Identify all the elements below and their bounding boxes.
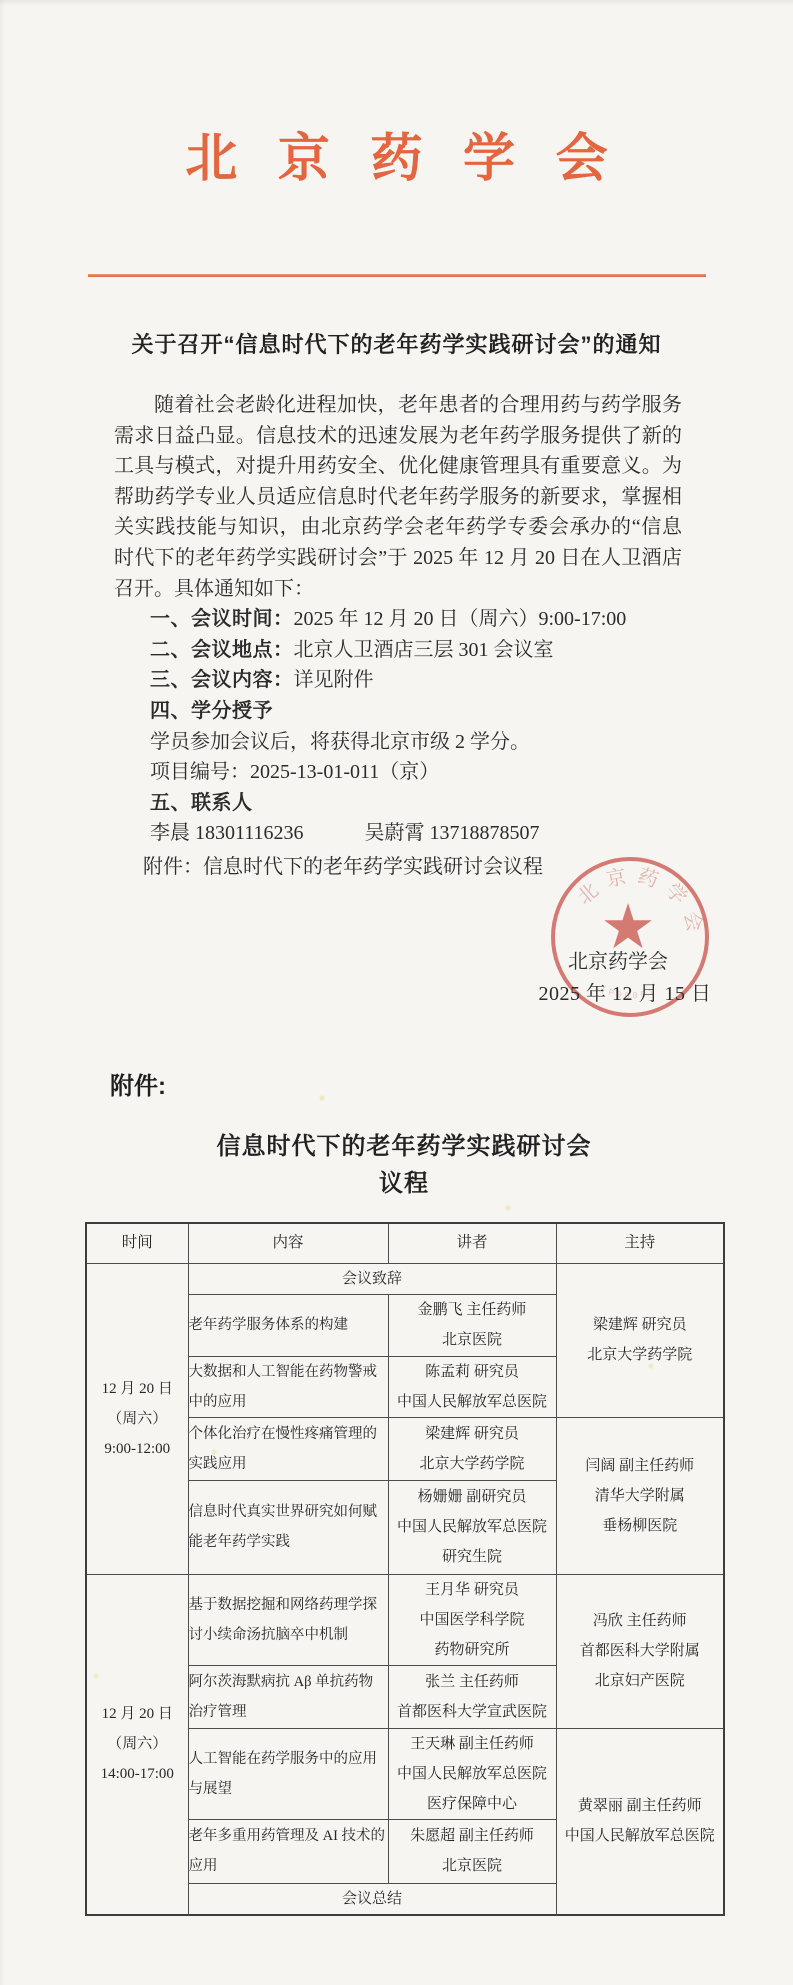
attachment-heading: 附件: (110, 1066, 166, 1101)
talk-2-speaker: 陈孟莉 研究员 中国人民解放军总医院 (388, 1356, 556, 1417)
notice-body: 随着社会老龄化进程加快，老年患者的合理用药与药学服务需求日益凸显。信息技术的迅速… (114, 390, 682, 849)
contact-2-name: 吴蔚霄 (365, 822, 425, 844)
notice-item-content: 三、会议内容：详见附件 (114, 665, 682, 696)
notice-item-time-value: 2025 年 12 月 20 日（周六）9:00-17:00 (294, 608, 627, 630)
talk-1-topic: 老年药学服务体系的构建 (188, 1294, 388, 1356)
notice-item-content-label: 三、会议内容： (150, 669, 294, 691)
talk-8-topic: 老年多重用药管理及 AI 技术的应用 (188, 1819, 388, 1883)
contact-1-name: 李晨 (150, 822, 190, 844)
morning-time-cell: 12 月 20 日 （周六） 9:00-12:00 (86, 1263, 188, 1574)
contact-2-phone: 13718878507 (430, 822, 540, 844)
notice-item-credit-heading: 四、学分授予 (114, 696, 682, 727)
talk-6-speaker: 张兰 主任药师 首都医科大学宣武医院 (388, 1665, 556, 1728)
notice-contact-heading: 五、联系人 (114, 788, 682, 819)
talk-2-topic: 大数据和人工智能在药物警戒中的应用 (188, 1356, 388, 1417)
afternoon-host-2-cell: 黄翠丽 副主任药师 中国人民解放军总医院 (556, 1728, 724, 1915)
notice-item-content-value: 详见附件 (294, 669, 374, 691)
talk-3-topic: 个体化治疗在慢性疼痛管理的实践应用 (188, 1417, 388, 1480)
notice-credit-line1: 学员参加会议后，将获得北京市级 2 学分。 (114, 727, 682, 758)
seal-ring-text: 北京药学会 (574, 863, 709, 942)
talk-8-speaker: 朱愿超 副主任药师 北京医院 (388, 1819, 556, 1883)
talk-7-speaker: 王天琳 副主任药师 中国人民解放军总医院 医疗保障中心 (388, 1728, 556, 1819)
signature-org: 北京药学会 (528, 945, 708, 974)
scanned-notice-page: 北京药学会 关于召开“信息时代下的老年药学实践研讨会”的通知 随着社会老龄化进程… (0, 0, 793, 1985)
closing-cell: 会议总结 (188, 1883, 556, 1915)
agenda-section: 时间 内容 讲者 主持 12 月 20 日 （周六） 9:00-12:00 会议… (85, 1222, 725, 1916)
letterhead-rule (88, 274, 706, 277)
talk-5-speaker: 王月华 研究员 中国医学科学院 药物研究所 (388, 1574, 556, 1665)
talk-3-speaker: 梁建辉 研究员 北京大学药学院 (388, 1417, 556, 1480)
agenda-header-row: 时间 内容 讲者 主持 (86, 1223, 724, 1263)
col-header-topic: 内容 (188, 1223, 388, 1263)
opening-cell: 会议致辞 (188, 1263, 556, 1294)
notice-title: 关于召开“信息时代下的老年药学实践研讨会”的通知 (0, 328, 793, 359)
agenda-table: 时间 内容 讲者 主持 12 月 20 日 （周六） 9:00-12:00 会议… (85, 1222, 725, 1916)
letterhead-org-name: 北京药学会 (0, 116, 793, 191)
talk-1-speaker: 金鹏飞 主任药师 北京医院 (388, 1294, 556, 1356)
seal-star-icon (604, 903, 652, 948)
notice-item-time-label: 一、会议时间： (150, 608, 294, 630)
afternoon-host-1-cell: 冯欣 主任药师 首都医科大学附属 北京妇产医院 (556, 1574, 724, 1728)
attachment-note: 附件：信息时代下的老年药学实践研讨会议程 (143, 850, 543, 879)
col-header-host: 主持 (556, 1223, 724, 1263)
notice-credit-line2: 项目编号：2025-13-01-011（京） (114, 757, 682, 788)
signature-date: 2025 年 12 月 15 日 (518, 977, 732, 1006)
notice-item-place-label: 二、会议地点： (150, 639, 294, 661)
col-header-time: 时间 (86, 1223, 188, 1263)
notice-item-place: 二、会议地点：北京人卫酒店三层 301 会议室 (114, 635, 682, 666)
table-row-opening: 12 月 20 日 （周六） 9:00-12:00 会议致辞 梁建辉 研究员 北… (86, 1263, 724, 1294)
morning-host-2-cell: 闫阔 副主任药师 清华大学附属 垂杨柳医院 (556, 1417, 724, 1574)
notice-paragraph: 随着社会老龄化进程加快，老年患者的合理用药与药学服务需求日益凸显。信息技术的迅速… (114, 390, 682, 604)
notice-item-time: 一、会议时间：2025 年 12 月 20 日（周六）9:00-17:00 (114, 604, 682, 635)
table-row-talk-5: 12 月 20 日 （周六） 14:00-17:00 基于数据挖掘和网络药理学探… (86, 1574, 724, 1665)
svg-text:北京药学会: 北京药学会 (574, 863, 709, 942)
talk-6-topic: 阿尔茨海默病抗 Aβ 单抗药物治疗管理 (188, 1665, 388, 1728)
attachment-title-line1: 信息时代下的老年药学实践研讨会 (85, 1128, 723, 1165)
notice-contacts: 李晨 18301116236 吴蔚霄 13718878507 (114, 818, 682, 849)
contact-1-phone: 18301116236 (195, 822, 304, 844)
afternoon-time-cell: 12 月 20 日 （周六） 14:00-17:00 (86, 1574, 188, 1915)
talk-5-topic: 基于数据挖掘和网络药理学探讨小续命汤抗脑卒中机制 (188, 1574, 388, 1665)
talk-4-topic: 信息时代真实世界研究如何赋能老年药学实践 (188, 1480, 388, 1574)
talk-7-topic: 人工智能在药学服务中的应用与展望 (188, 1728, 388, 1819)
morning-host-1-cell: 梁建辉 研究员 北京大学药学院 (556, 1263, 724, 1417)
notice-item-credit-label: 四、学分授予 (150, 700, 273, 722)
attachment-title-line2: 议程 (85, 1165, 723, 1202)
talk-4-speaker: 杨姗姗 副研究员 中国人民解放军总医院 研究生院 (388, 1480, 556, 1574)
notice-item-place-value: 北京人卫酒店三层 301 会议室 (294, 639, 554, 661)
notice-contact-heading-label: 五、联系人 (150, 792, 253, 814)
col-header-speaker: 讲者 (388, 1223, 556, 1263)
attachment-title: 信息时代下的老年药学实践研讨会 议程 (85, 1128, 723, 1202)
